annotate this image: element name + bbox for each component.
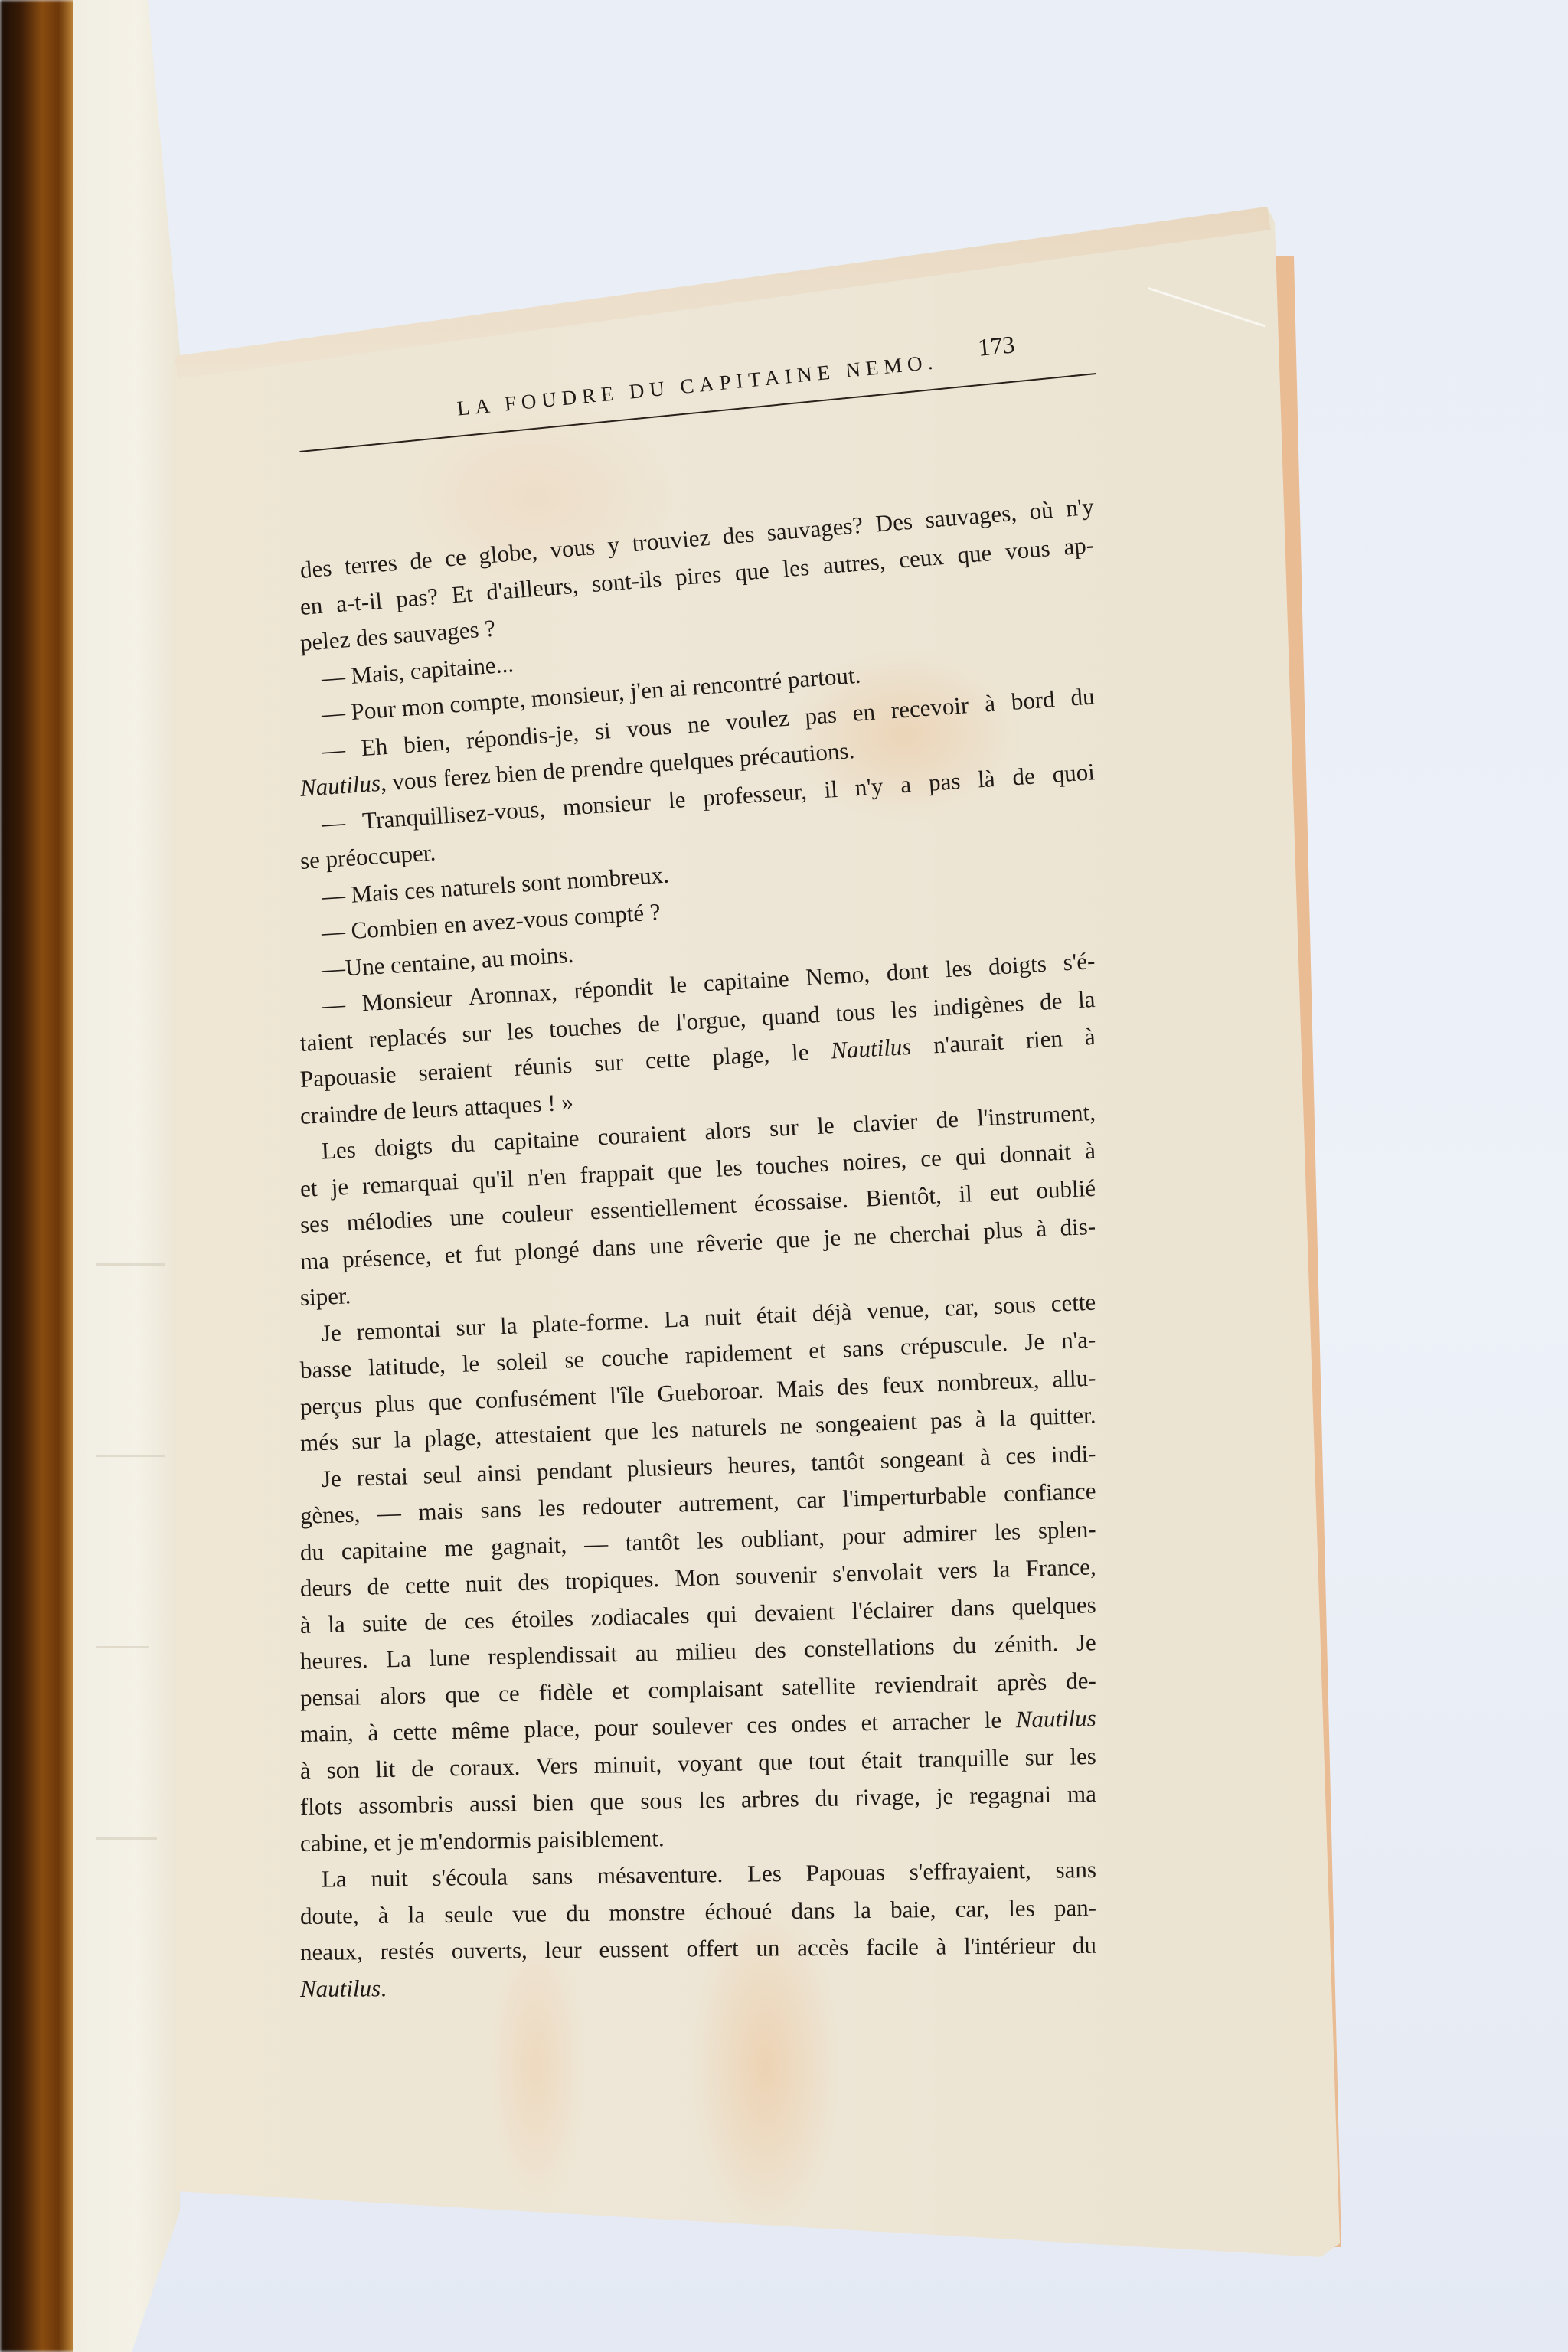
page-text-block: LA FOUDRE DU CAPITAINE NEMO. 173 des ter… bbox=[300, 387, 1104, 456]
italic-ship-name: Nautilus bbox=[299, 769, 381, 802]
italic-ship-name: Nautilus bbox=[300, 1975, 381, 2002]
text-line: Nautilus. bbox=[300, 1968, 1096, 2004]
book-spine bbox=[0, 0, 84, 2352]
page-number: 173 bbox=[977, 330, 1016, 362]
left-page-edge bbox=[73, 0, 180, 2352]
left-page-text-ghost bbox=[96, 1837, 157, 1840]
left-page-text-ghost bbox=[96, 1263, 165, 1266]
italic-ship-name: Nautilus bbox=[1015, 1704, 1096, 1733]
left-page-text-ghost bbox=[96, 1646, 149, 1648]
left-page-text-ghost bbox=[96, 1455, 165, 1457]
italic-ship-name: Nautilus bbox=[830, 1033, 912, 1064]
